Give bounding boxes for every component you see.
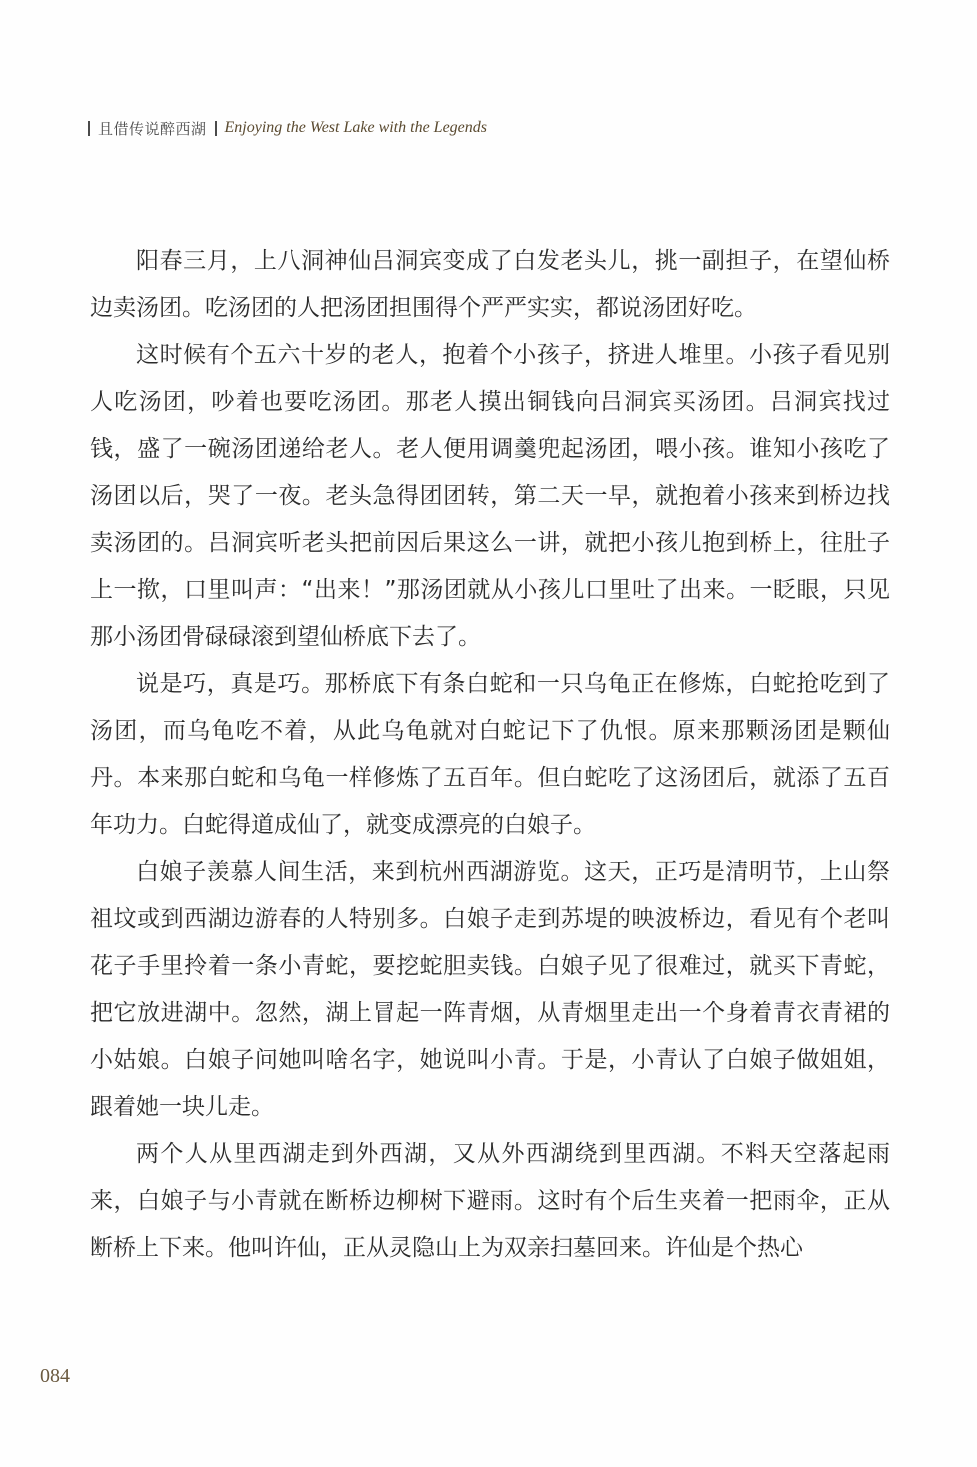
separator-bar — [88, 121, 90, 136]
paragraph: 白娘子羡慕人间生活，来到杭州西湖游览。这天，正巧是清明节，上山祭祖坟或到西湖边游… — [90, 849, 890, 1131]
running-head-english-title: Enjoying the West Lake with the Legends — [225, 119, 487, 137]
running-head-chinese-title: 且借传说醉西湖 — [98, 118, 207, 139]
page-number: 084 — [40, 1365, 70, 1388]
book-page: 且借传说醉西湖 Enjoying the West Lake with the … — [0, 0, 977, 1467]
running-head: 且借传说醉西湖 Enjoying the West Lake with the … — [88, 116, 487, 140]
paragraph: 这时候有个五六十岁的老人，抱着个小孩子，挤进人堆里。小孩子看见别人吃汤团，吵着也… — [90, 332, 890, 661]
paragraph: 阳春三月，上八洞神仙吕洞宾变成了白发老头儿，挑一副担子，在望仙桥边卖汤团。吃汤团… — [90, 238, 890, 332]
separator-bar — [215, 121, 217, 136]
paragraph: 两个人从里西湖走到外西湖，又从外西湖绕到里西湖。不料天空落起雨来，白娘子与小青就… — [90, 1131, 890, 1272]
body-text: 阳春三月，上八洞神仙吕洞宾变成了白发老头儿，挑一副担子，在望仙桥边卖汤团。吃汤团… — [90, 238, 890, 1272]
paragraph: 说是巧，真是巧。那桥底下有条白蛇和一只乌龟正在修炼，白蛇抢吃到了汤团，而乌龟吃不… — [90, 661, 890, 849]
